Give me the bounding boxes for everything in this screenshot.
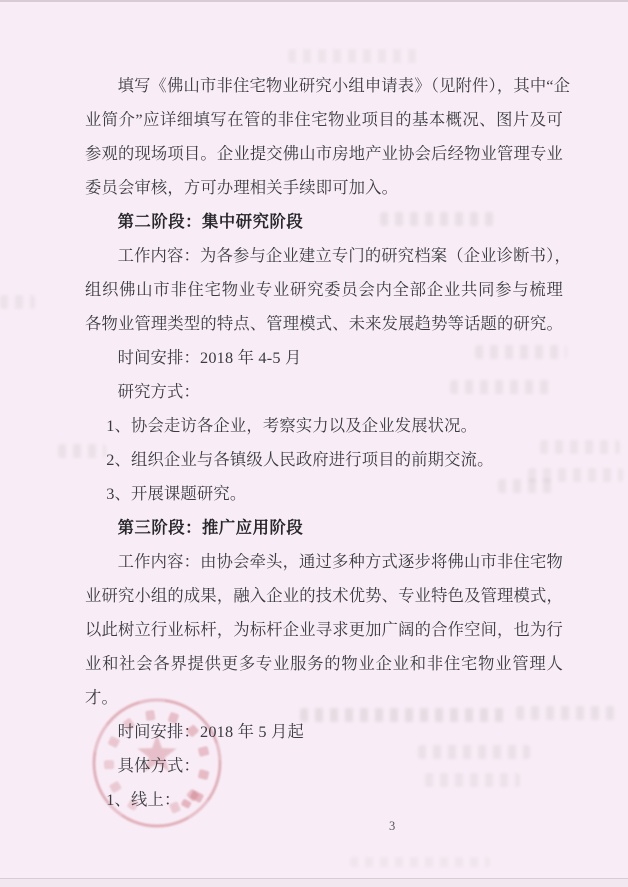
- text-line: 具体方式：: [85, 749, 563, 783]
- section-heading: 第三阶段：推广应用阶段: [85, 511, 563, 545]
- text-line: 时间安排：2018 年 4-5 月: [85, 341, 563, 375]
- text-line: 业和社会各界提供更多专业服务的物业企业和非住宅物业管理人: [85, 647, 563, 681]
- text-line: 业简介”应详细填写在管的非住宅物业项目的基本概况、图片及可: [85, 103, 563, 137]
- bleedthrough-smudge: [350, 857, 490, 867]
- text-line: 1、线上：: [85, 783, 563, 817]
- text-line: 2、组织企业与各镇级人民政府进行项目的前期交流。: [85, 443, 563, 477]
- page-number: 3: [389, 818, 395, 834]
- text-line: 工作内容：为各参与企业建立专门的研究档案（企业诊断书），: [85, 239, 563, 273]
- text-line: 参观的现场项目。企业提交佛山市房地产业协会后经物业管理专业: [85, 137, 563, 171]
- section-heading: 第二阶段：集中研究阶段: [85, 205, 563, 239]
- text-line: 工作内容：由协会牵头，通过多种方式逐步将佛山市非住宅物: [85, 545, 563, 579]
- document-content: 填写《佛山市非住宅物业研究小组申请表》（见附件），其中“企业简介”应详细填写在管…: [85, 69, 563, 817]
- text-line: 填写《佛山市非住宅物业研究小组申请表》（见附件），其中“企: [85, 69, 563, 103]
- text-line: 才。: [85, 681, 563, 715]
- text-line: 以此树立行业标杆，为标杆企业寻求更加广阔的合作空间，也为行: [85, 613, 563, 647]
- text-line: 业研究小组的成果，融入企业的技术优势、专业特色及管理模式，: [85, 579, 563, 613]
- text-line: 时间安排：2018 年 5 月起: [85, 715, 563, 749]
- scan-edge-top: [0, 0, 628, 2]
- text-line: 委员会审核，方可办理相关手续即可加入。: [85, 171, 563, 205]
- text-line: 各物业管理类型的特点、管理模式、未来发展趋势等话题的研究。: [85, 307, 563, 341]
- text-line: 研究方式：: [85, 375, 563, 409]
- scan-edge-bottom-strip: [0, 879, 628, 887]
- bleedthrough-smudge: [288, 49, 418, 63]
- text-line: 1、协会走访各企业，考察实力以及企业发展状况。: [85, 409, 563, 443]
- bleedthrough-smudge: [0, 295, 35, 309]
- text-line: 3、开展课题研究。: [85, 477, 563, 511]
- scanned-document-page: 填写《佛山市非住宅物业研究小组申请表》（见附件），其中“企业简介”应详细填写在管…: [0, 0, 628, 887]
- text-line: 组织佛山市非住宅物业专业研究委员会内全部企业共同参与梳理: [85, 273, 563, 307]
